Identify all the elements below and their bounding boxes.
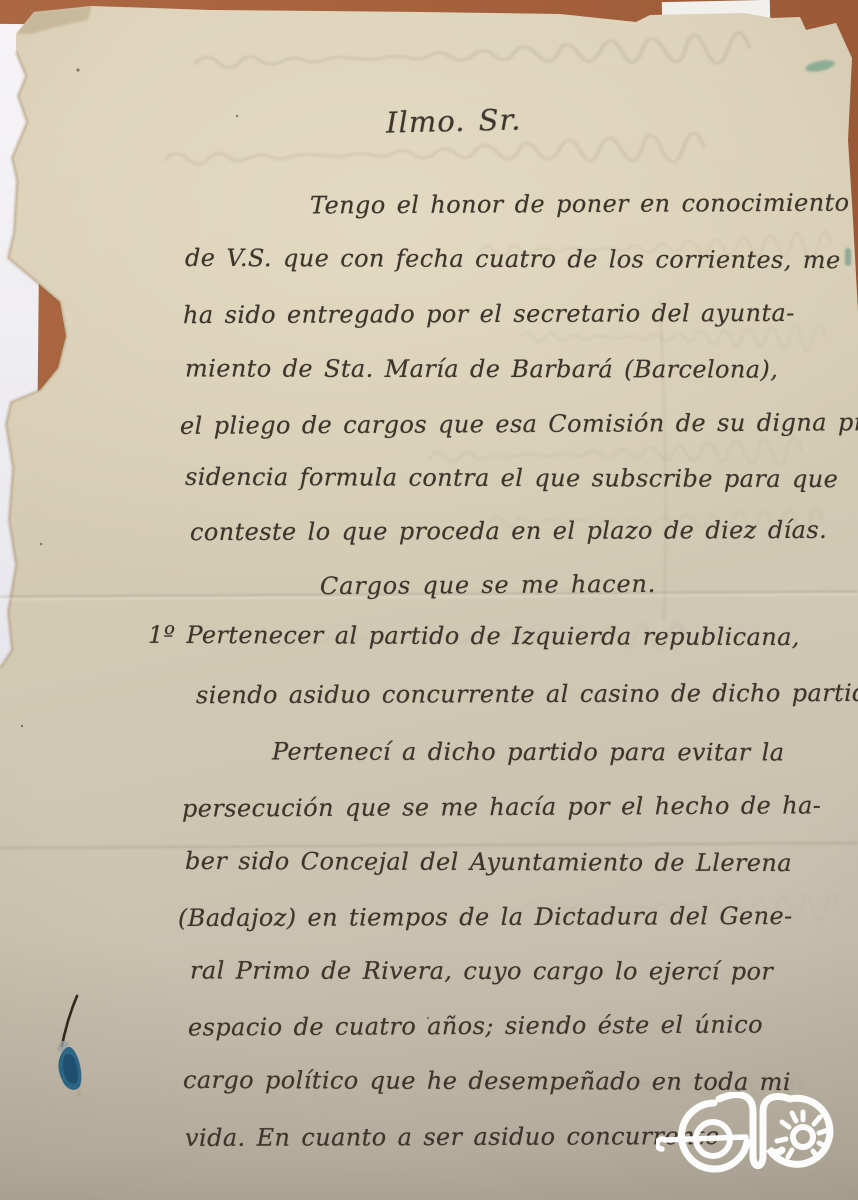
handwriting-line: ral Primo de Rivera, cuyo cargo lo ejerc… <box>190 956 773 985</box>
handwriting-line: persecución que se me hacía por el hecho… <box>182 791 821 822</box>
handwriting-line: sidencia formula contra el que subscribe… <box>185 463 838 493</box>
archival-photo-scene: Ilmo. Sr. Tengo el honor de poner en con… <box>0 0 858 1200</box>
handwriting-line: cargo político que he desempeñado en tod… <box>183 1066 791 1096</box>
handwriting-line: espacio de cuatro años; siendo éste el ú… <box>188 1010 763 1041</box>
handwriting-line: Cargos que se me hacen. <box>320 570 656 600</box>
handwriting-line: Tengo el honor de poner en conocimiento <box>310 189 850 220</box>
handwriting-line: Pertenecí a dicho partido para evitar la <box>272 738 784 767</box>
salutation: Ilmo. Sr. <box>386 102 522 139</box>
handwriting-line: el pliego de cargos que esa Comisión de … <box>180 408 858 440</box>
handwriting-line: vida. En cuanto a ser asiduo concurrente <box>185 1122 720 1152</box>
handwriting-line: (Badajoz) en tiempos de la Dictadura del… <box>178 902 793 932</box>
handwriting-line: ber sido Concejal del Ayuntamiento de Ll… <box>185 847 792 877</box>
handwriting-line: conteste lo que proceda en el plazo de d… <box>190 516 827 546</box>
handwriting-line: siendo asiduo concurrente al casino de d… <box>196 679 858 709</box>
handwriting-line: miento de Sta. María de Barbará (Barcelo… <box>185 354 778 383</box>
handwriting-line: ha sido entregado por el secretario del … <box>183 299 795 329</box>
handwriting-line: de V.S. que con fecha cuatro de los corr… <box>185 244 841 274</box>
handwriting-line: 1º Pertenecer al partido de Izquierda re… <box>148 621 800 651</box>
